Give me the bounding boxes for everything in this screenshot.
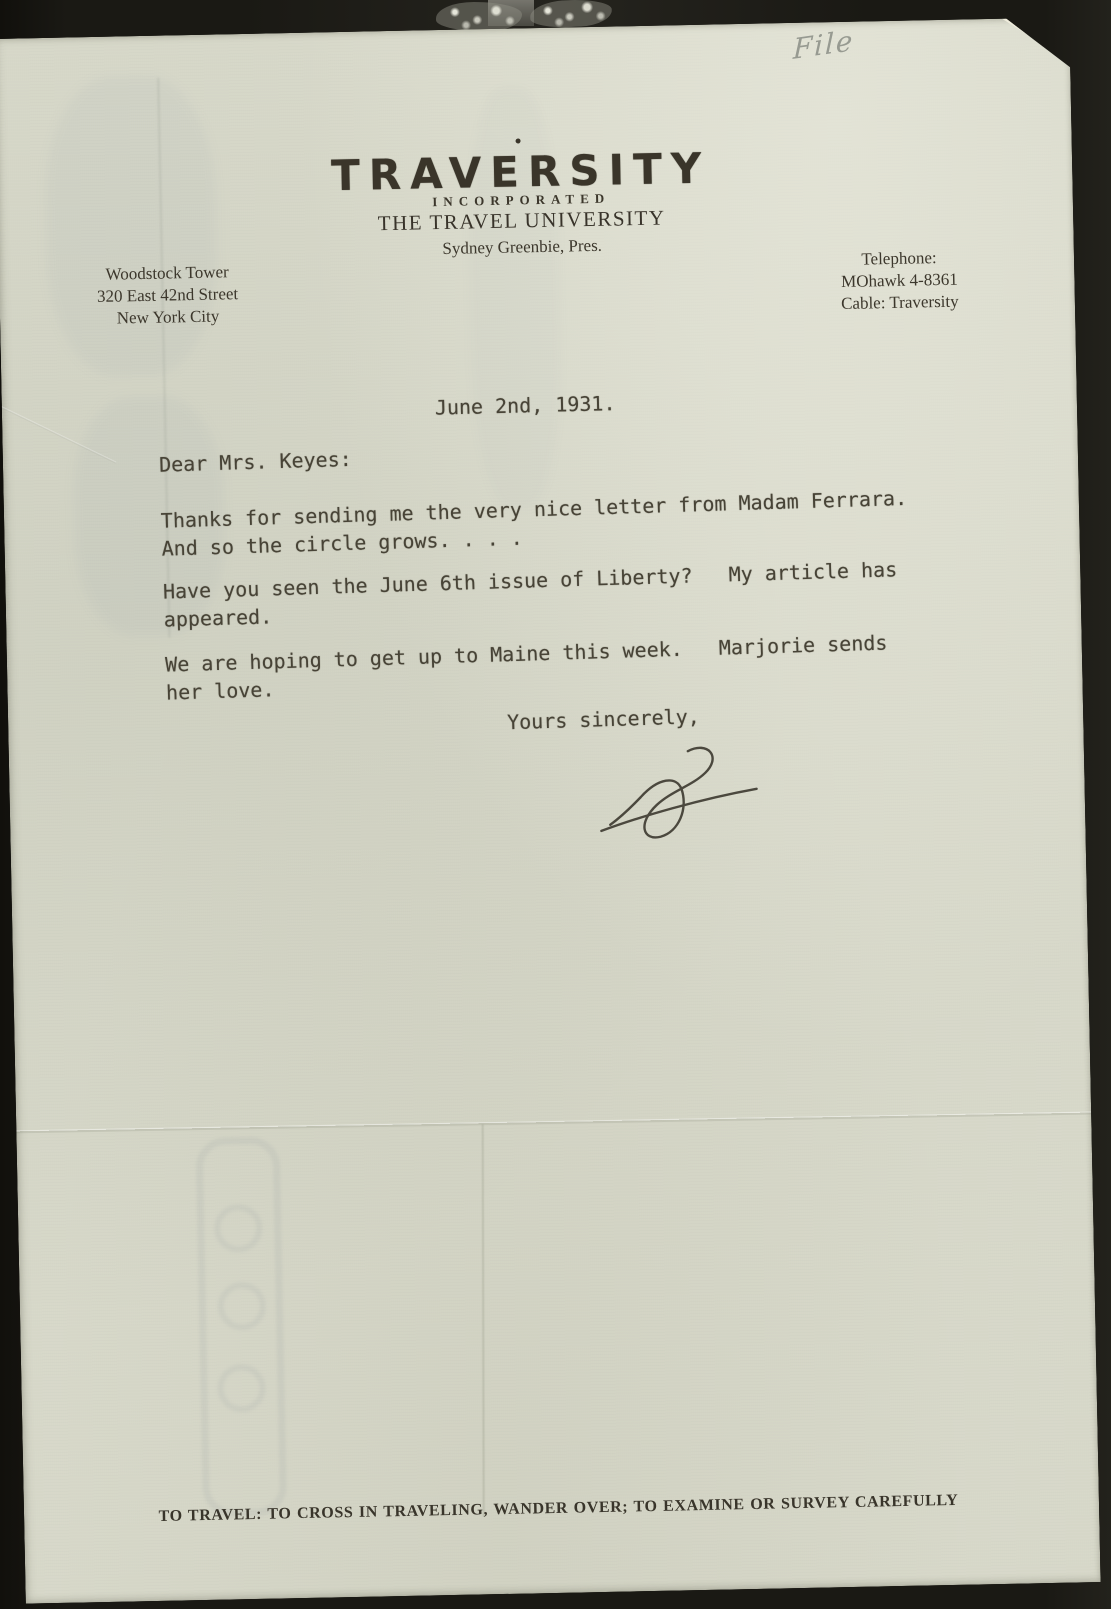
scanned-letter-page: File TRAVERSITY INCORPORATED THE TRAVEL … <box>0 0 1111 1609</box>
fold-crease-vertical <box>482 1124 485 1516</box>
salutation: Dear Mrs. Keyes: <box>159 447 352 477</box>
folded-corner <box>999 17 1070 66</box>
title-dot-ornament <box>516 138 521 143</box>
closing-line: Yours sincerely, <box>507 704 700 734</box>
letterhead-motto: TO TRAVEL: TO CROSS IN TRAVELING, WANDER… <box>21 1489 1096 1529</box>
letter-body: Dear Mrs. Keyes: Thanks for sending me t… <box>159 428 989 783</box>
paragraph-line: Thanks for sending me the very nice lett… <box>160 486 907 533</box>
address-line: New York City <box>58 304 278 330</box>
date-line: June 2nd, 1931. <box>435 391 616 420</box>
torn-paper-fragment <box>529 0 612 29</box>
handwritten-note: File <box>792 24 854 66</box>
torn-paper-fragment <box>436 2 522 31</box>
contact-block: Telephone: MOhawk 4-8361 Cable: Traversi… <box>789 246 1010 316</box>
signature-monogram <box>592 738 766 847</box>
letter-paper: File TRAVERSITY INCORPORATED THE TRAVEL … <box>0 17 1101 1603</box>
paragraph-line: her love. <box>166 677 275 704</box>
paragraph-line: Have you seen the June 6th issue of Libe… <box>163 557 898 603</box>
fold-crease-horizontal <box>16 1112 1091 1134</box>
contact-line: Cable: Traversity <box>790 290 1010 316</box>
address-block: Woodstock Tower 320 East 42nd Street New… <box>57 260 278 330</box>
paragraph-line: We are hoping to get up to Maine this we… <box>165 631 888 677</box>
paragraph-line: appeared. <box>163 604 272 631</box>
